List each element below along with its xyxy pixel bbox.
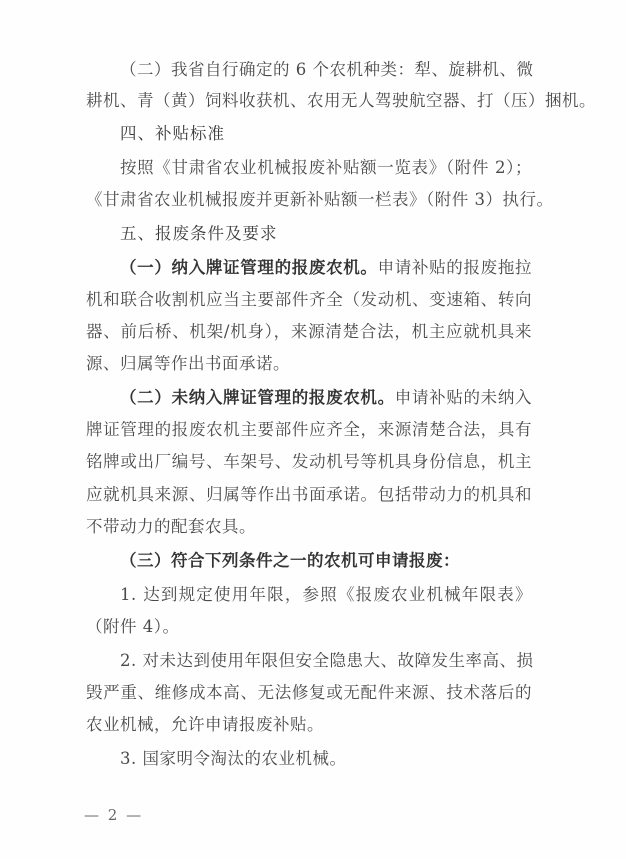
- text-line: （二）我省自行确定的 6 个农机种类：犁、旋耕机、微: [120, 60, 532, 80]
- page-number: — 2 —: [84, 806, 143, 824]
- text-line: （一）纳入牌证管理的报废农机。申请补贴的报废拖拉: [120, 258, 532, 278]
- text-line: 《甘肃省农业机械报废并更新补贴额一栏表》（附件 3）执行。: [86, 190, 532, 210]
- text-line: （三）符合下列条件之一的农机可申请报废：: [120, 551, 532, 571]
- text-span: 申请补贴的未纳入: [395, 388, 532, 407]
- text-line: 耕机、青（黄）饲料收获机、农用无人驾驶航空器、打（压）捆机。: [86, 91, 532, 111]
- list-item-2: 2. 对未达到使用年限但安全隐患大、故障发生率高、损: [120, 651, 532, 671]
- section-heading-subsidy-standard: 四、补贴标准: [120, 124, 532, 144]
- text-line: 农业机械，允许申请报废补贴。: [86, 715, 532, 735]
- list-item-3: 3. 国家明令淘汰的农业机械。: [120, 749, 532, 769]
- document-page: （二）我省自行确定的 6 个农机种类：犁、旋耕机、微 耕机、青（黄）饲料收获机、…: [0, 0, 626, 859]
- text-line: 应就机具来源、归属等作出书面承诺。包括带动力的机具和: [86, 485, 532, 505]
- subheading-eligible-conditions: （三）符合下列条件之一的农机可申请报废：: [120, 551, 460, 570]
- text-line: 按照《甘肃省农业机械报废补贴额一览表》（附件 2）；: [120, 158, 532, 178]
- text-line: （二）未纳入牌证管理的报废农机。申请补贴的未纳入: [120, 388, 532, 408]
- text-line: 机和联合收割机应当主要部件齐全（发动机、变速箱、转向: [86, 290, 532, 310]
- text-line: 不带动力的配套农具。: [86, 517, 532, 537]
- subheading-unlicensed-machinery: （二）未纳入牌证管理的报废农机。: [120, 388, 395, 407]
- list-item-1: 1. 达到规定使用年限，参照《报废农业机械年限表》: [120, 585, 532, 605]
- section-heading-scrap-conditions: 五、报废条件及要求: [120, 224, 532, 244]
- text-span: 申请补贴的报废拖拉: [378, 258, 532, 277]
- text-line: 源、归属等作出书面承诺。: [86, 354, 532, 374]
- text-line: 器、前后桥、机架/机身），来源清楚合法，机主应就机具来: [86, 322, 532, 342]
- text-line: 牌证管理的报废农机主要部件应齐全，来源清楚合法，具有: [86, 420, 532, 440]
- subheading-licensed-machinery: （一）纳入牌证管理的报废农机。: [120, 258, 378, 277]
- text-line: 铭牌或出厂编号、车架号、发动机号等机具身份信息，机主: [86, 452, 532, 472]
- text-line: 毁严重、维修成本高、无法修复或无配件来源、技术落后的: [86, 683, 532, 703]
- text-line: （附件 4）。: [86, 617, 532, 637]
